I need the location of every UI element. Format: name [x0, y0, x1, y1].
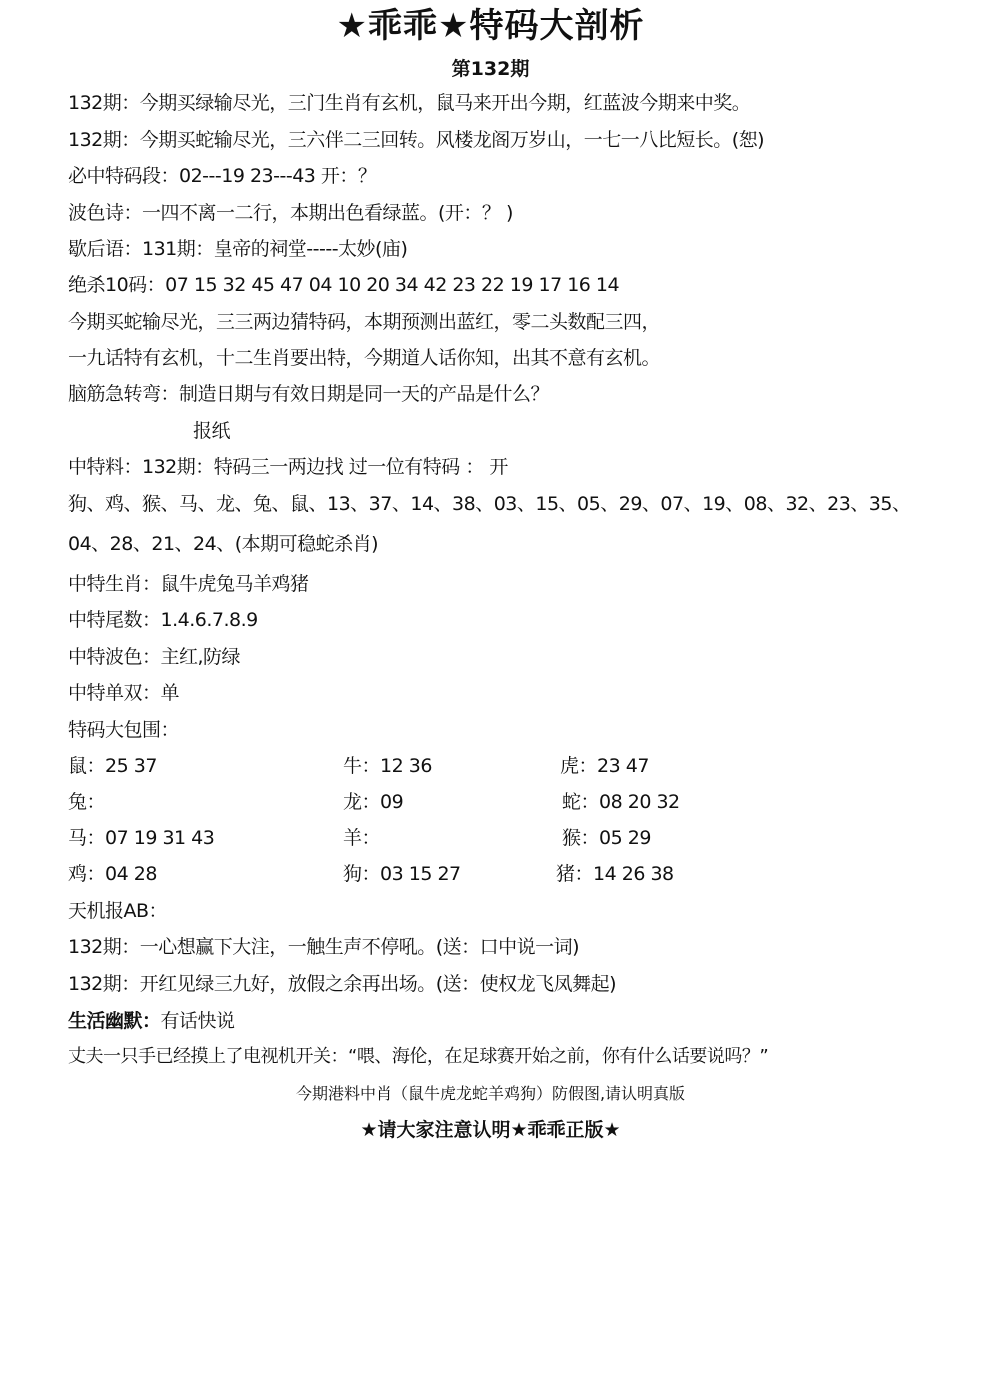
riddle-question: 脑筋急转弯：制造日期与有效日期是同一天的产品是什么？: [68, 381, 549, 407]
riddle-answer: 报纸: [193, 418, 230, 444]
zodiac-cell: 狗：03 15 27: [343, 861, 461, 887]
poem-line-2: 132期：今期买蛇输尽光，三六伴二三回转。风楼龙阁万岁山，一七一八比短长。(恕): [68, 127, 764, 153]
tianji-line-1: 132期：一心想赢下大注，一触生声不停吼。(送：口中说一词): [68, 934, 579, 960]
tianji-heading: 天机报AB：: [68, 898, 167, 924]
zodiac-cell: 羊：: [343, 825, 380, 851]
zodiac-cell: 马：07 19 31 43: [68, 825, 214, 851]
humor-heading: 生活幽默：: [68, 1010, 161, 1032]
special-range: 必中特码段：02---19 23---43 开：？: [68, 163, 376, 189]
anti-fake-note: 今期港料中肖（鼠牛虎龙蛇羊鸡狗）防假图,请认明真版: [0, 1083, 981, 1105]
brand-footer: ★请大家注意认明★乖乖正版★: [0, 1117, 981, 1143]
zodiac-cell: 鸡：04 28: [68, 861, 157, 887]
zodiac-cell: 蛇：08 20 32: [562, 789, 680, 815]
picks-line-2: 04、28、21、24、(本期可稳蛇杀肖): [68, 531, 378, 557]
zodiac-cell: 兔：: [68, 789, 105, 815]
color-poem: 波色诗：一四不离一二行，本期出色看绿蓝。(开：？ ): [68, 200, 513, 226]
zodiac-cell: 龙：09: [343, 789, 403, 815]
special-odd-even: 中特单双：单: [68, 680, 179, 706]
kill-10-codes: 绝杀10码：07 15 32 45 47 04 10 20 34 42 23 2…: [68, 272, 619, 298]
verse-line-1: 今期买蛇输尽光，三三两边猜特码，本期预测出蓝红，零二头数配三四，: [68, 309, 660, 335]
zhongteliao: 中特料：132期：特码三一两边找 过一位有特码 ： 开: [68, 454, 508, 480]
zodiac-cell: 牛：12 36: [343, 753, 432, 779]
zodiac-cell: 猴：05 29: [562, 825, 651, 851]
issue-number: 第132期: [0, 56, 981, 82]
big-range-heading: 特码大包围：: [68, 717, 179, 743]
special-tail: 中特尾数：1.4.6.7.8.9: [68, 607, 258, 633]
humor-title: 有话快说: [161, 1010, 235, 1032]
xiehouyu: 歇后语：131期：皇帝的祠堂-----太妙(庙): [68, 236, 407, 262]
tianji-line-2: 132期：开红见绿三九好，放假之余再出场。(送：使权龙飞凤舞起): [68, 971, 616, 997]
zodiac-cell: 鼠：25 37: [68, 753, 157, 779]
page-title: ★乖乖★特码大剖析: [0, 4, 981, 48]
humor-row: 生活幽默：有话快说: [68, 1008, 235, 1034]
picks-line-1: 狗、鸡、猴、马、龙、兔、鼠、13、37、14、38、03、15、05、29、07…: [68, 491, 910, 517]
zodiac-cell: 虎：23 47: [560, 753, 649, 779]
humor-story: 丈夫一只手已经摸上了电视机开关：“喂、海伦，在足球赛开始之前，你有什么话要说吗？…: [68, 1044, 768, 1070]
special-wave: 中特波色：主红,防绿: [68, 644, 240, 670]
poem-line-1: 132期：今期买绿输尽光，三门生肖有玄机，鼠马来开出今期，红蓝波今期来中奖。: [68, 90, 750, 116]
verse-line-2: 一九话特有玄机，十二生肖要出特，今期道人话你知，出其不意有玄机。: [68, 345, 660, 371]
special-zodiac: 中特生肖：鼠牛虎兔马羊鸡猪: [68, 571, 309, 597]
zodiac-cell: 猪：14 26 38: [556, 861, 674, 887]
